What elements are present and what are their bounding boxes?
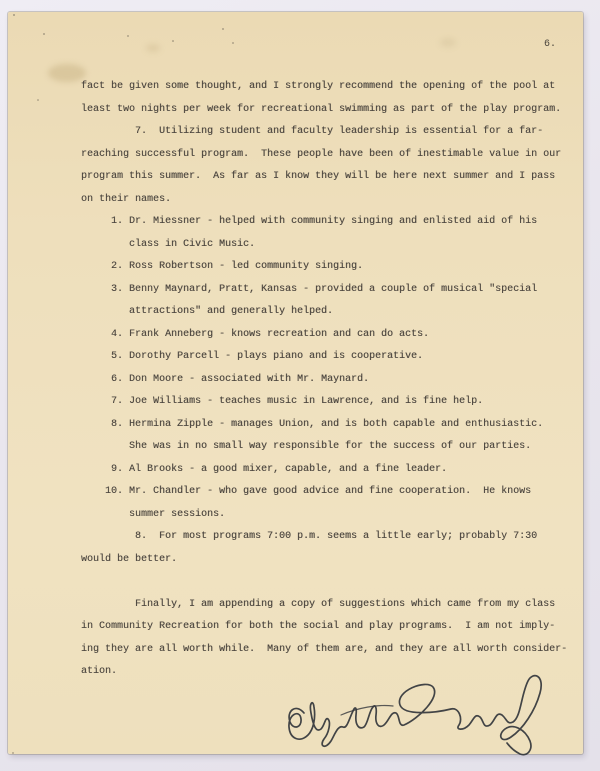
paper-speck [222, 28, 224, 30]
paper-speck [172, 40, 174, 42]
paper-stain [440, 38, 456, 47]
paper-speck [37, 99, 39, 101]
document-page: 6. fact be given some thought, and I str… [8, 12, 583, 754]
page-number: 6. [544, 39, 556, 50]
paper-speck [12, 752, 14, 754]
paper-speck [43, 33, 45, 35]
paper-speck [13, 14, 15, 16]
signature-handwriting [283, 667, 553, 762]
signature-stroke-tcross [341, 705, 393, 715]
paper-speck [127, 35, 129, 37]
paper-stain [146, 44, 160, 52]
scan-background: 6. fact be given some thought, and I str… [0, 0, 600, 771]
paper-speck [232, 42, 234, 44]
signature-stroke-main [289, 676, 541, 755]
document-body-text: fact be given some thought, and I strong… [81, 76, 577, 684]
